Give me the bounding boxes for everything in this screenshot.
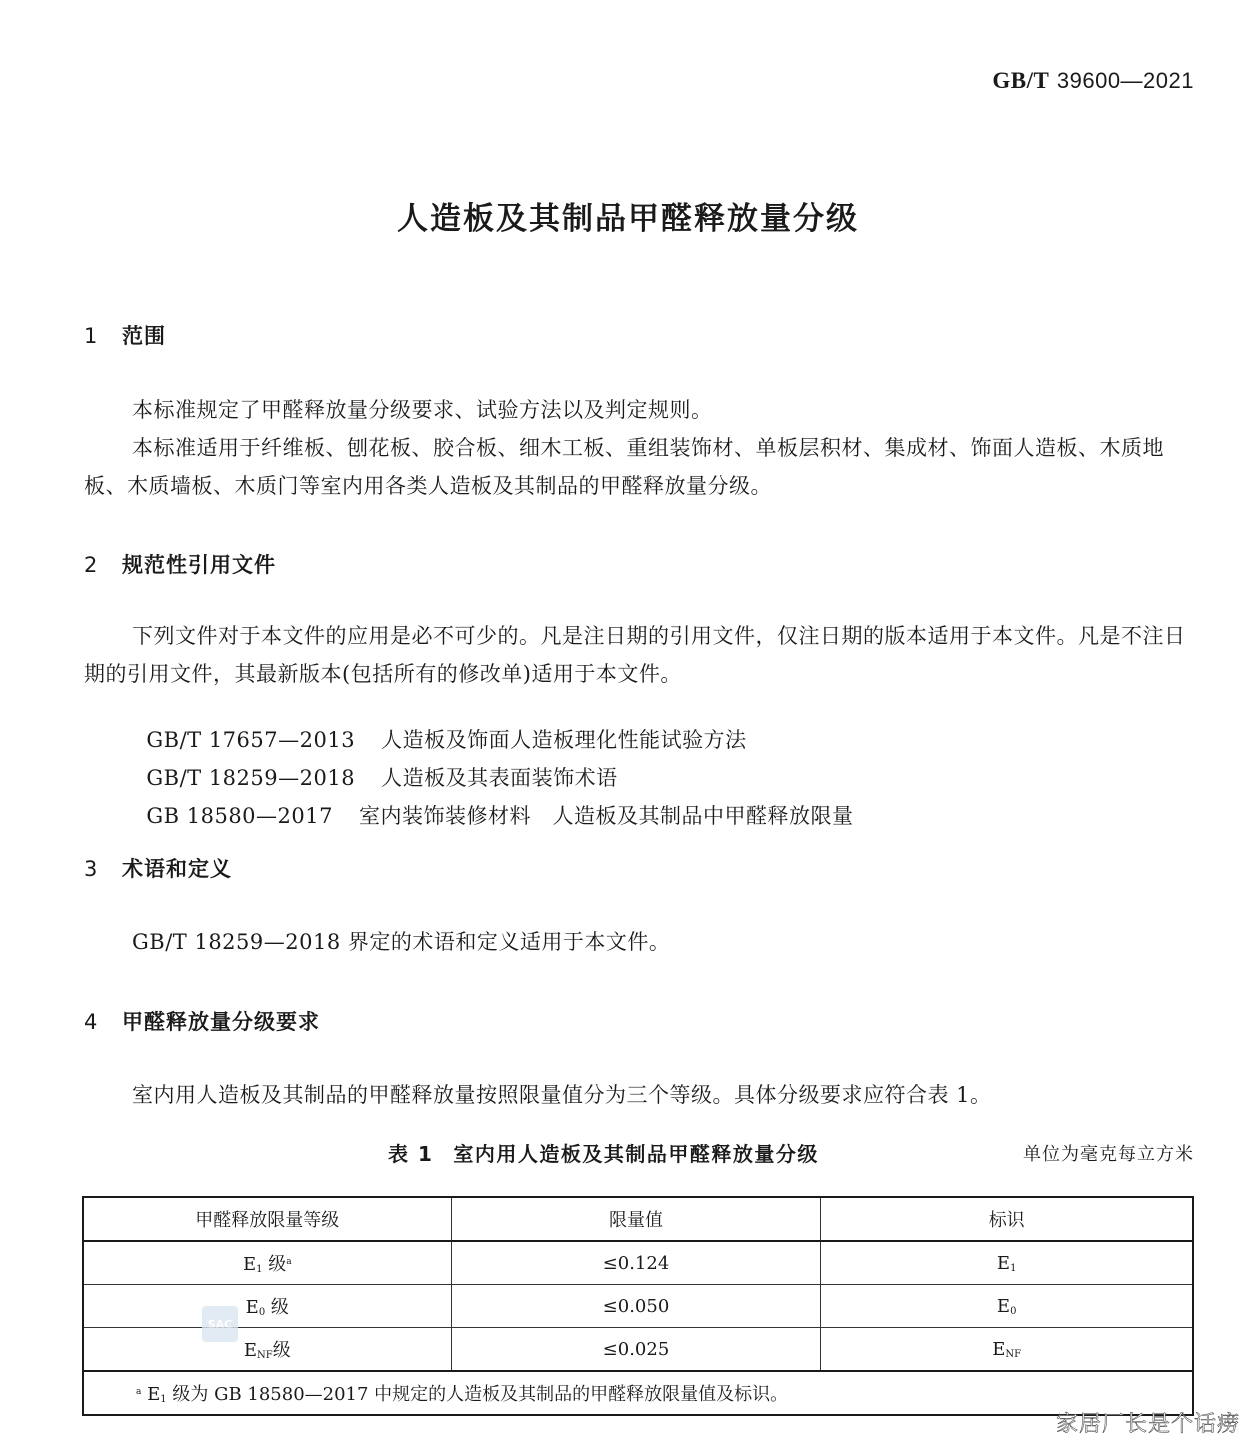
- mark-cell: E0: [821, 1285, 1193, 1328]
- section-4-heading: 4甲醛释放量分级要求: [84, 1006, 320, 1036]
- section-2-paragraph-1: 下列文件对于本文件的应用是必不可少的。凡是注日期的引用文件，仅注日期的版本适用于…: [84, 617, 1194, 693]
- section-1-paragraph-2: 本标准适用于纤维板、刨花板、胶合板、细木工板、重组装饰材、单板层积材、集成材、饰…: [84, 429, 1194, 505]
- grade-cell: ENF级: [83, 1328, 451, 1372]
- grade-subscript: 1: [256, 1264, 262, 1275]
- grade-subscript: 0: [259, 1307, 265, 1318]
- table-row: E0 级 ≤0.050 E0: [83, 1285, 1193, 1328]
- standard-prefix: GB/T: [992, 68, 1049, 93]
- section-2-heading: 2规范性引用文件: [84, 549, 276, 579]
- grade-suffix: 级: [268, 1254, 286, 1275]
- section-title: 术语和定义: [122, 857, 232, 881]
- limit-cell: ≤0.025: [451, 1328, 821, 1372]
- section-title: 甲醛释放量分级要求: [122, 1010, 320, 1034]
- footnote-marker: a: [136, 1387, 141, 1397]
- mark-subscript: 1: [1010, 1263, 1016, 1274]
- mark-cell: ENF: [821, 1328, 1193, 1372]
- mark-cell: E1: [821, 1241, 1193, 1285]
- section-1-heading: 1范围: [84, 320, 166, 350]
- grade-base: E: [246, 1297, 259, 1318]
- document-title: 人造板及其制品甲醛释放量分级: [0, 193, 1256, 238]
- grade-suffix: 级: [273, 1340, 291, 1361]
- footnote-grade-base: E: [147, 1384, 160, 1405]
- reference-item: GB 18580—2017室内装饰装修材料 人造板及其制品中甲醛释放限量: [132, 776, 854, 830]
- mark-subscript: NF: [1005, 1349, 1021, 1360]
- grade-suffix: 级: [271, 1297, 289, 1318]
- section-title: 范围: [122, 324, 166, 348]
- source-watermark: 家居厂长是个话痨: [1056, 1407, 1240, 1438]
- table-row: E1 级a ≤0.124 E1: [83, 1241, 1193, 1285]
- reference-code: GB 18580—2017: [146, 804, 333, 828]
- column-header-mark: 标识: [821, 1197, 1193, 1241]
- table-footnote: a E1 级为 GB 18580—2017 中规定的人造板及其制品的甲醛释放限量…: [83, 1371, 1193, 1415]
- grade-cell: E1 级a: [83, 1241, 451, 1285]
- sac-watermark-logo: SAC: [202, 1306, 238, 1342]
- section-number: 2: [84, 553, 122, 577]
- mark-subscript: 0: [1010, 1306, 1016, 1317]
- section-title: 规范性引用文件: [122, 553, 276, 577]
- standard-number: 39600—2021: [1057, 68, 1194, 93]
- section-number: 1: [84, 324, 122, 348]
- section-number: 4: [84, 1010, 122, 1034]
- limit-cell: ≤0.050: [451, 1285, 821, 1328]
- table-footnote-row: a E1 级为 GB 18580—2017 中规定的人造板及其制品的甲醛释放限量…: [83, 1371, 1193, 1415]
- limit-cell: ≤0.124: [451, 1241, 821, 1285]
- formaldehyde-grade-table: 甲醛释放限量等级 限量值 标识 E1 级a ≤0.124 E1 E0 级 ≤0.…: [82, 1196, 1194, 1416]
- table-title: 室内用人造板及其制品甲醛释放量分级: [453, 1142, 819, 1166]
- column-header-limit: 限量值: [451, 1197, 821, 1241]
- table-row: ENF级 ≤0.025 ENF: [83, 1328, 1193, 1372]
- footnote-marker: a: [286, 1257, 291, 1267]
- section-4-paragraph-1: 室内用人造板及其制品的甲醛释放量按照限量值分为三个等级。具体分级要求应符合表 1…: [84, 1076, 1194, 1114]
- grade-cell: E0 级: [83, 1285, 451, 1328]
- grade-subscript: NF: [257, 1350, 273, 1361]
- section-3-heading: 3术语和定义: [84, 853, 232, 883]
- table-caption: 表 1室内用人造板及其制品甲醛释放量分级: [388, 1138, 819, 1167]
- column-header-grade: 甲醛释放限量等级: [83, 1197, 451, 1241]
- table-unit: 单位为毫克每立方米: [1023, 1140, 1194, 1166]
- grade-base: E: [244, 1340, 257, 1361]
- section-number: 3: [84, 857, 122, 881]
- footnote-text: 级为 GB 18580—2017 中规定的人造板及其制品的甲醛释放限量值及标识。: [167, 1384, 789, 1405]
- standard-code: GB/T 39600—2021: [992, 68, 1194, 94]
- grade-base: E: [243, 1254, 256, 1275]
- section-3-paragraph-1: GB/T 18259—2018 界定的术语和定义适用于本文件。: [84, 923, 1194, 961]
- table-header-row: 甲醛释放限量等级 限量值 标识: [83, 1197, 1193, 1241]
- mark-base: E: [997, 1296, 1010, 1317]
- mark-base: E: [997, 1253, 1010, 1274]
- reference-title: 室内装饰装修材料 人造板及其制品中甲醛释放限量: [359, 804, 854, 828]
- table-label: 表 1: [388, 1142, 433, 1166]
- mark-base: E: [992, 1339, 1005, 1360]
- section-1-paragraph-1: 本标准规定了甲醛释放量分级要求、试验方法以及判定规则。: [84, 391, 1194, 429]
